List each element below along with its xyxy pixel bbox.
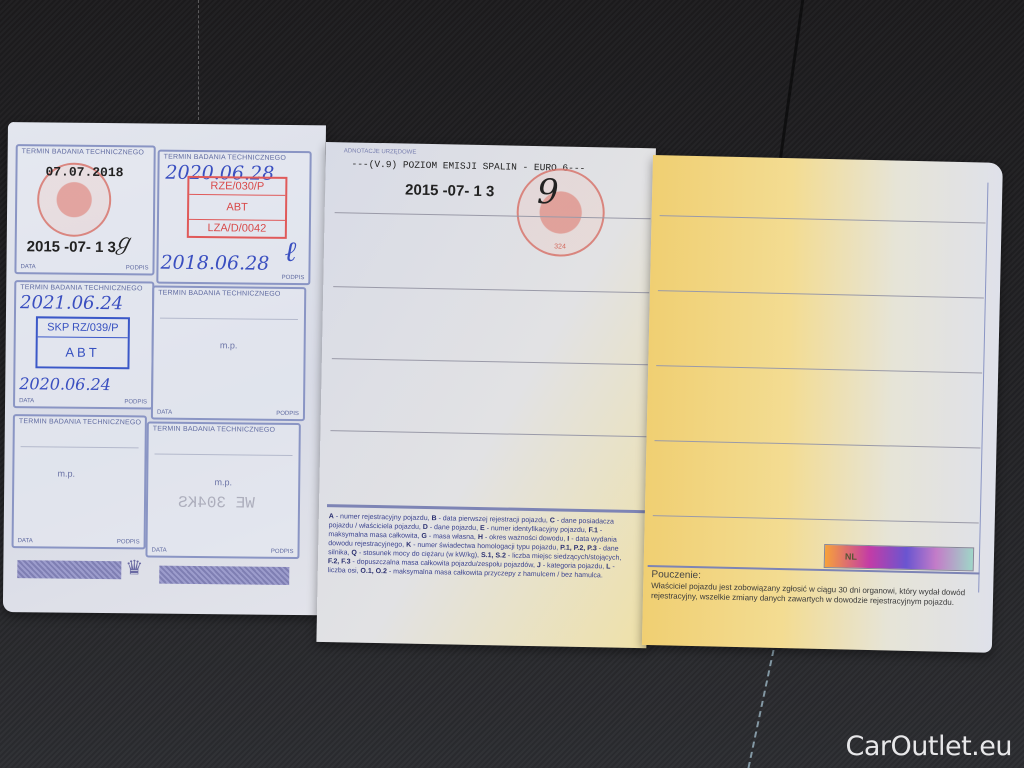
box-header: TERMIN BADANIA TECHNICZNEGO <box>22 148 144 156</box>
inspection-box-4: TERMIN BADANIA TECHNICZNEGO m.p. DATA PO… <box>151 286 306 422</box>
podpis-label: PODPIS <box>126 265 149 271</box>
stamp-station-code: SKP RZ/039/P <box>38 318 128 338</box>
legend-key: L <box>606 563 610 570</box>
data-label: DATA <box>20 264 35 270</box>
inspection-box-3: TERMIN BADANIA TECHNICZNEGO 2021.06.24 S… <box>13 280 154 409</box>
legend-key: I <box>567 536 569 543</box>
box-header: TERMIN BADANIA TECHNICZNEGO <box>164 154 286 162</box>
ruled-line <box>332 358 648 365</box>
box-header: TERMIN BADANIA TECHNICZNEGO <box>153 426 275 434</box>
legend-key: O.1, O.2 <box>360 568 387 576</box>
legend-key: F.1 <box>588 527 597 534</box>
podpis-label: PODPIS <box>117 539 140 545</box>
security-band-left <box>17 560 121 579</box>
stamp-date: 2015 -07- 1 3 <box>27 238 116 256</box>
inspection-box-5: TERMIN BADANIA TECHNICZNEGO m.p. DATA PO… <box>12 414 147 549</box>
data-label: DATA <box>151 548 166 554</box>
divider <box>160 318 298 320</box>
podpis-label: PODPIS <box>276 411 299 417</box>
field-code-legend: A - numer rejestracyjny pojazdu, B - dat… <box>328 512 629 581</box>
seal-number: 324 <box>554 243 566 250</box>
section-title: ADNOTACJE URZĘDOWE <box>344 148 417 155</box>
inspection-box-1: TERMIN BADANIA TECHNICZNEGO 07.07.2018 2… <box>14 144 155 275</box>
handwritten-due-date: 2021.06.24 <box>20 292 123 314</box>
data-label: DATA <box>19 398 34 404</box>
notice-text: Właściciel pojazdu jest zobowiązany zgło… <box>651 581 971 608</box>
site-watermark: CarOutlet.eu <box>846 731 1012 762</box>
section-divider <box>327 504 645 513</box>
notice-page: NL Pouczenie: Właściciel pojazdu jest zo… <box>642 155 1003 653</box>
mp-label: m.p. <box>220 340 238 350</box>
legend-key: F.2, F.3 <box>328 558 351 565</box>
handwritten-inspection-date: 2018.06.28 <box>160 252 269 275</box>
legend-key: C <box>550 517 555 524</box>
legend-key: S.1, S.2 <box>481 552 506 559</box>
official-annotations-page: ADNOTACJE URZĘDOWE ---(V.9) POZIOM EMISJ… <box>316 142 656 648</box>
legend-key: Q <box>351 550 357 557</box>
stamp-examiner-code: LZA/D/0042 <box>189 220 285 237</box>
podpis-label: PODPIS <box>271 549 294 555</box>
handwritten-inspection-date: 2020.06.24 <box>19 374 111 394</box>
divider <box>155 454 293 456</box>
inspection-page: TERMIN BADANIA TECHNICZNEGO 07.07.2018 2… <box>3 122 326 615</box>
ruled-line <box>333 286 649 293</box>
legend-key: H <box>478 534 483 541</box>
mirrored-imprint: WE 304KS <box>178 494 255 513</box>
data-label: DATA <box>18 538 33 544</box>
ruled-line <box>660 215 986 223</box>
mp-label: m.p. <box>214 477 232 487</box>
inspection-box-2: TERMIN BADANIA TECHNICZNEGO 2020.06.28 R… <box>156 150 311 286</box>
page-border <box>978 183 988 593</box>
signature: 9 <box>537 172 559 212</box>
box-header: TERMIN BADANIA TECHNICZNEGO <box>20 284 142 292</box>
stamp-station-code: RZE/030/P <box>189 178 285 196</box>
legend-key: K <box>406 542 411 549</box>
legend-key: B <box>431 515 436 522</box>
ruled-line <box>658 290 984 298</box>
inspection-station-stamp: SKP RZ/039/P ABT <box>35 316 130 369</box>
stamp-category: ABT <box>37 337 127 367</box>
signature: ℓ <box>284 235 296 269</box>
legend-key: D <box>423 524 428 531</box>
registration-document: TERMIN BADANIA TECHNICZNEGO 07.07.2018 2… <box>8 120 1004 660</box>
security-band-right <box>159 566 289 585</box>
divider <box>21 446 139 448</box>
ruled-line <box>330 430 646 437</box>
podpis-label: PODPIS <box>124 399 147 405</box>
legend-key: A <box>329 513 334 520</box>
office-seal: 324 <box>516 168 606 258</box>
legend-key: J <box>537 562 541 569</box>
polish-eagle-icon: ♛ <box>125 555 143 580</box>
stamp-date: 2015 -07- 1 3 <box>405 182 495 201</box>
inspection-box-6: TERMIN BADANIA TECHNICZNEGO m.p. WE 304K… <box>145 421 300 559</box>
ruled-line <box>655 440 981 448</box>
mp-label: m.p. <box>58 469 76 479</box>
box-header: TERMIN BADANIA TECHNICZNEGO <box>158 290 280 298</box>
inspection-station-stamp: RZE/030/P ABT LZA/D/0042 <box>187 176 288 239</box>
hologram-sticker: NL <box>824 544 975 571</box>
legend-key: G <box>421 533 427 540</box>
box-header: TERMIN BADANIA TECHNICZNEGO <box>19 418 141 426</box>
podpis-label: PODPIS <box>282 275 305 281</box>
seat-stitching <box>198 0 201 120</box>
notice-title: Pouczenie: <box>651 569 701 581</box>
signature: ℊ <box>112 225 134 256</box>
legend-key: P.1, P.2, P.3 <box>560 545 597 553</box>
data-label: DATA <box>157 410 172 416</box>
stamp-category: ABT <box>189 195 285 221</box>
ruled-line <box>653 515 979 523</box>
seat-stitching-lower <box>747 650 776 768</box>
typed-date: 07.07.2018 <box>45 164 123 180</box>
legend-key: E <box>480 525 485 532</box>
ruled-line <box>656 365 982 373</box>
